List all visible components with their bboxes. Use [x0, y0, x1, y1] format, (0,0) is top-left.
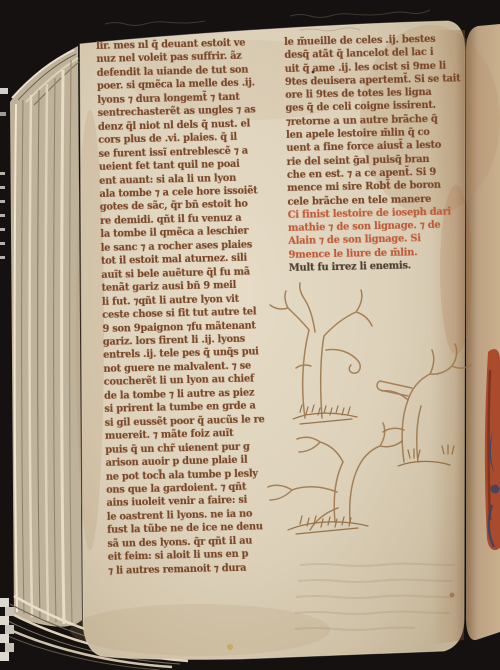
- left-text-column: lir. mes nl q̃ deuant estoit venuz nel v…: [96, 36, 284, 578]
- illuminated-border-ornament: [485, 349, 500, 550]
- right-text-column: le m̃ueille de celes .ij. bestesdesq̃ at…: [284, 32, 471, 275]
- yellow-fleck: [227, 644, 233, 650]
- manuscript-photo: lir. mes nl q̃ deuant estoit venuz nel v…: [0, 0, 500, 670]
